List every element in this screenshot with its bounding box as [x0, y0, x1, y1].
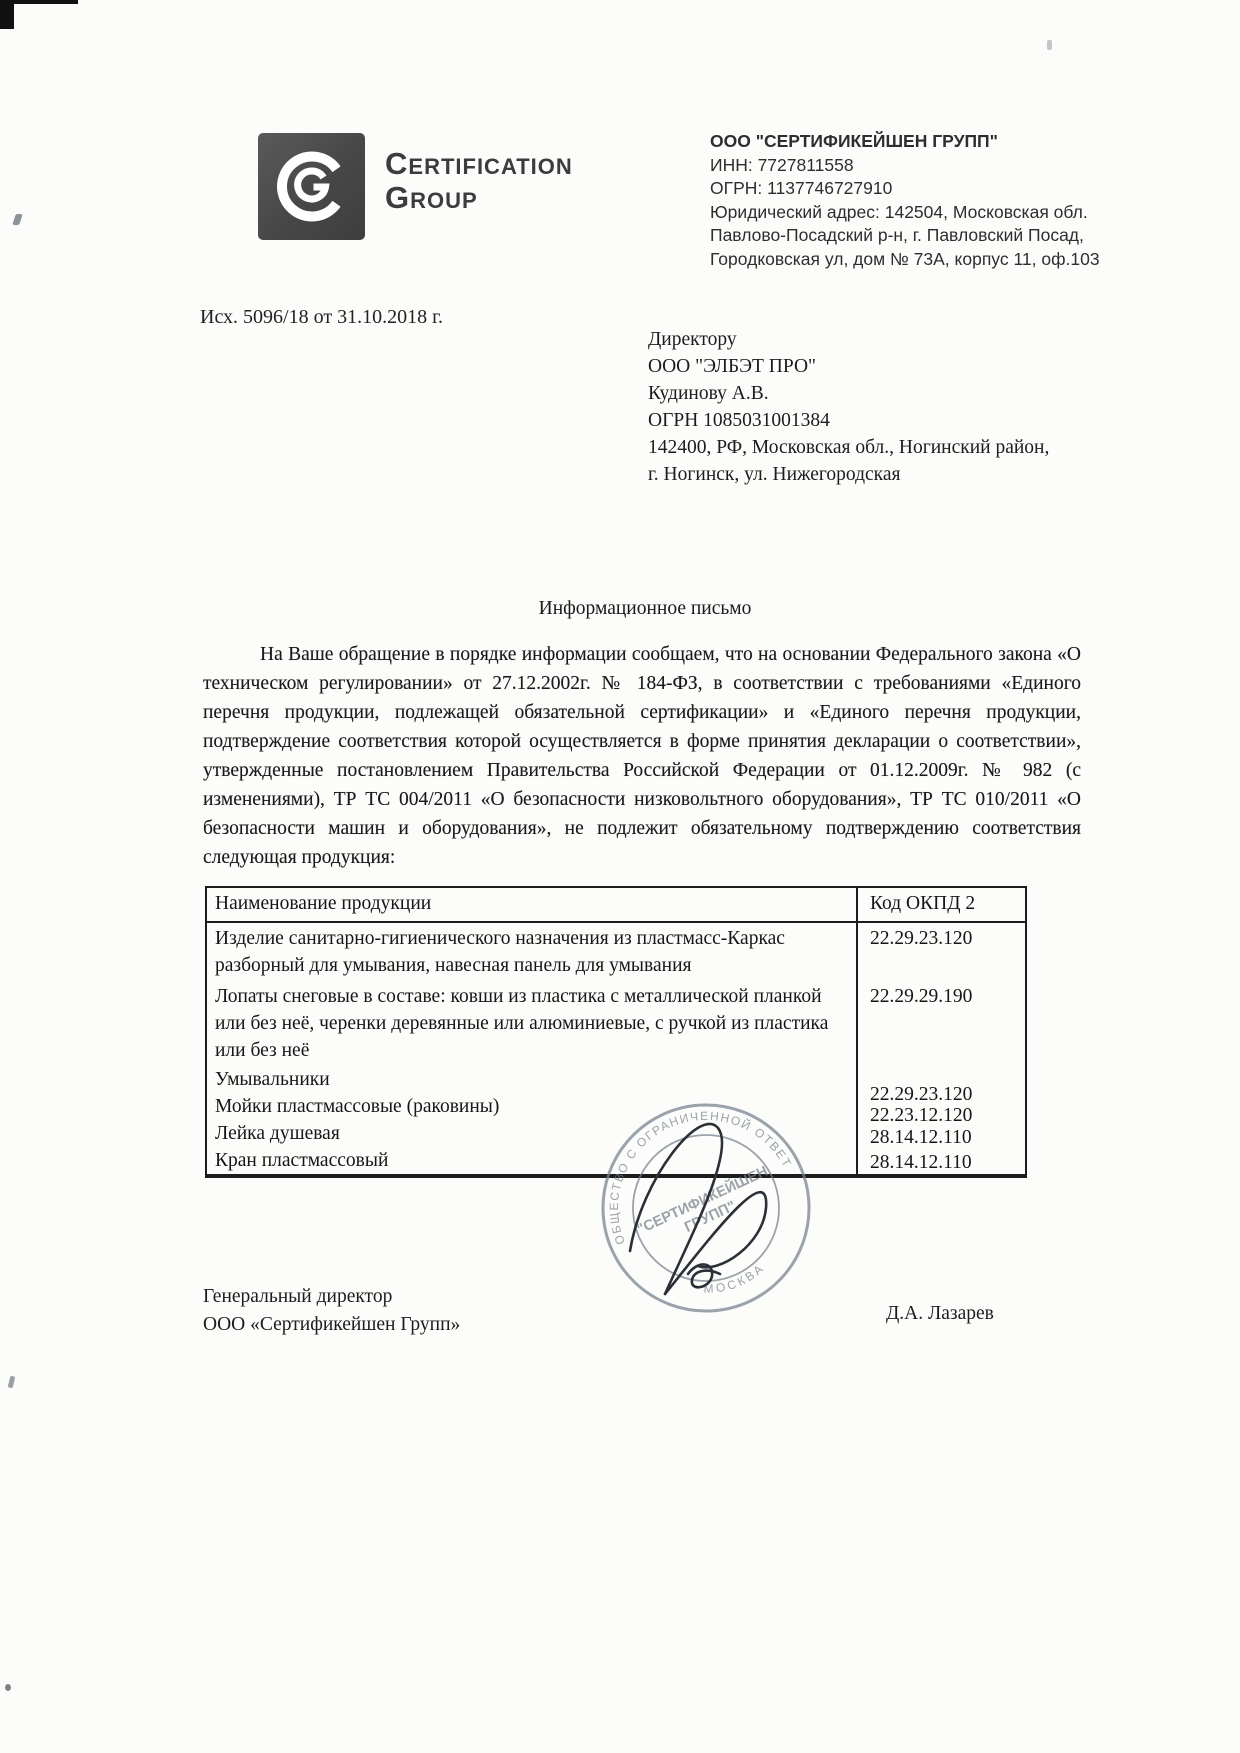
scan-artifact-topline — [0, 0, 78, 4]
product-code-value: 22.29.29.190 — [870, 983, 972, 1010]
cg-logo-icon — [258, 133, 365, 240]
product-code: 28.14.12.110 — [857, 1120, 1026, 1147]
letter-body: На Ваше обращение в порядке информации с… — [203, 640, 1081, 872]
table-row: Лопаты снеговые в составе: ковши из плас… — [206, 981, 1026, 1066]
recipient-line: ОГРН 1085031001384 — [648, 407, 1049, 434]
product-name: Лопаты снеговые в составе: ковши из плас… — [206, 981, 857, 1066]
product-code: 22.29.23.120 — [857, 922, 1026, 981]
recipient-line: г. Ногинск, ул. Нижегородская — [648, 461, 1049, 488]
company-logo: Certification Group — [258, 133, 573, 240]
signatory-position-line: Генеральный директор — [203, 1283, 460, 1311]
product-code-value: 28.14.12.110 — [870, 1149, 972, 1176]
brand-name: Certification Group — [385, 147, 573, 215]
sender-requisites: ООО "СЕРТИФИКЕЙШЕН ГРУПП" ИНН: 772781155… — [710, 130, 1110, 271]
brand-line-1: Certification — [385, 147, 573, 181]
product-name: Изделие санитарно-гигиенического назначе… — [206, 922, 857, 981]
sender-address-line: Павлово-Посадский р-н, г. Павловский Пос… — [710, 224, 1110, 248]
company-stamp: ОБЩЕСТВО С ОГРАНИЧЕННОЙ ОТВЕТСТВЕННОСТЬЮ… — [568, 1086, 848, 1336]
signatory-position: Генеральный директор ООО «Сертификейшен … — [203, 1283, 460, 1339]
product-code-value: 28.14.12.110 — [870, 1124, 972, 1151]
outgoing-reference: Исх. 5096/18 от 31.10.2018 г. — [200, 306, 443, 329]
scan-artifact-left — [12, 214, 23, 225]
scan-artifact-speck — [1047, 40, 1052, 50]
sender-inn: ИНН: 7727811558 — [710, 154, 1110, 178]
scan-artifact-left — [8, 1376, 16, 1389]
signatory-name: Д.А. Лазарев — [886, 1303, 994, 1325]
recipient-line: Кудинову А.В. — [648, 380, 1049, 407]
sender-name: ООО "СЕРТИФИКЕЙШЕН ГРУПП" — [710, 130, 1110, 154]
table-header-name: Наименование продукции — [206, 887, 857, 922]
brand-line-2: Group — [385, 181, 573, 215]
signatory-position-line: ООО «Сертификейшен Групп» — [203, 1311, 460, 1339]
sender-address-line: Юридический адрес: 142504, Московская об… — [710, 201, 1110, 225]
table-header-code: Код ОКПД 2 — [857, 887, 1026, 922]
product-code: 22.29.29.190 — [857, 981, 1026, 1066]
sender-address-line: Городковская ул, дом № 73А, корпус 11, о… — [710, 248, 1110, 272]
table-header-row: Наименование продукции Код ОКПД 2 — [206, 887, 1026, 922]
table-row: Изделие санитарно-гигиенического назначе… — [206, 922, 1026, 981]
product-code-value: 22.29.23.120 — [870, 925, 972, 952]
sender-ogrn: ОГРН: 1137746727910 — [710, 177, 1110, 201]
recipient-line: ООО "ЭЛБЭТ ПРО" — [648, 353, 1049, 380]
product-code: 22.29.23.120 — [857, 1066, 1026, 1093]
scan-artifact-left — [5, 1684, 11, 1691]
product-code: 28.14.12.110 — [857, 1147, 1026, 1176]
recipient-line: 142400, РФ, Московская обл., Ногинский р… — [648, 434, 1049, 461]
document-title: Информационное письмо — [205, 598, 1085, 620]
scan-artifact-corner — [0, 0, 14, 29]
recipient-block: Директору ООО "ЭЛБЭТ ПРО" Кудинову А.В. … — [648, 326, 1049, 488]
recipient-line: Директору — [648, 326, 1049, 353]
scanned-letter-page: { "header": { "logo": { "monogram": "CG"… — [0, 0, 1240, 1753]
